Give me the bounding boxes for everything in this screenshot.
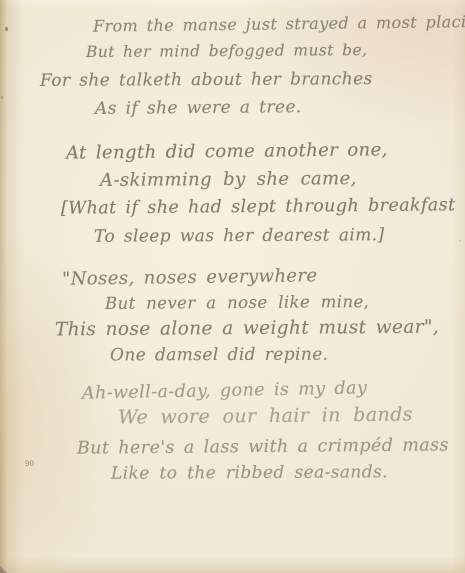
poem-line: "Noses, noses everywhere [62, 265, 318, 290]
poem-line: From the manse just strayed a most placi… [93, 11, 465, 35]
poem-line: But never a nose like mine, [105, 292, 369, 313]
poem-line: One damsel did repine. [110, 345, 329, 366]
paper-speck [459, 240, 461, 242]
poem-line: But here's a lass with a crimpéd mass [77, 435, 449, 458]
poem-line: To sleep was her dearest aim.] [94, 225, 385, 247]
manuscript-page: From the manse just strayed a most placi… [0, 0, 465, 573]
paper-speck [5, 27, 8, 31]
poem-line: Ah-well-a-day, gone is my day [82, 378, 368, 403]
poem-line: At length did come another one, [66, 139, 388, 163]
poem-line: We wore our hair in bands [118, 403, 413, 428]
poem-line: [What if she had slept through breakfast [61, 195, 456, 218]
page-corner-shadow [0, 566, 7, 573]
poem-line: A-skimming by she came, [100, 168, 357, 191]
poem-line: Like to the ribbed sea-sands. [111, 462, 388, 483]
paper-speck [1, 96, 3, 99]
poem-line: For she talketh about her branches [40, 69, 373, 91]
poem-line: As if she were a tree. [95, 97, 302, 119]
poem-line: This nose alone a weight must wear", [55, 317, 439, 341]
poem-line: But her mind befogged must be, [86, 41, 367, 61]
margin-mark: 90 [25, 460, 34, 468]
